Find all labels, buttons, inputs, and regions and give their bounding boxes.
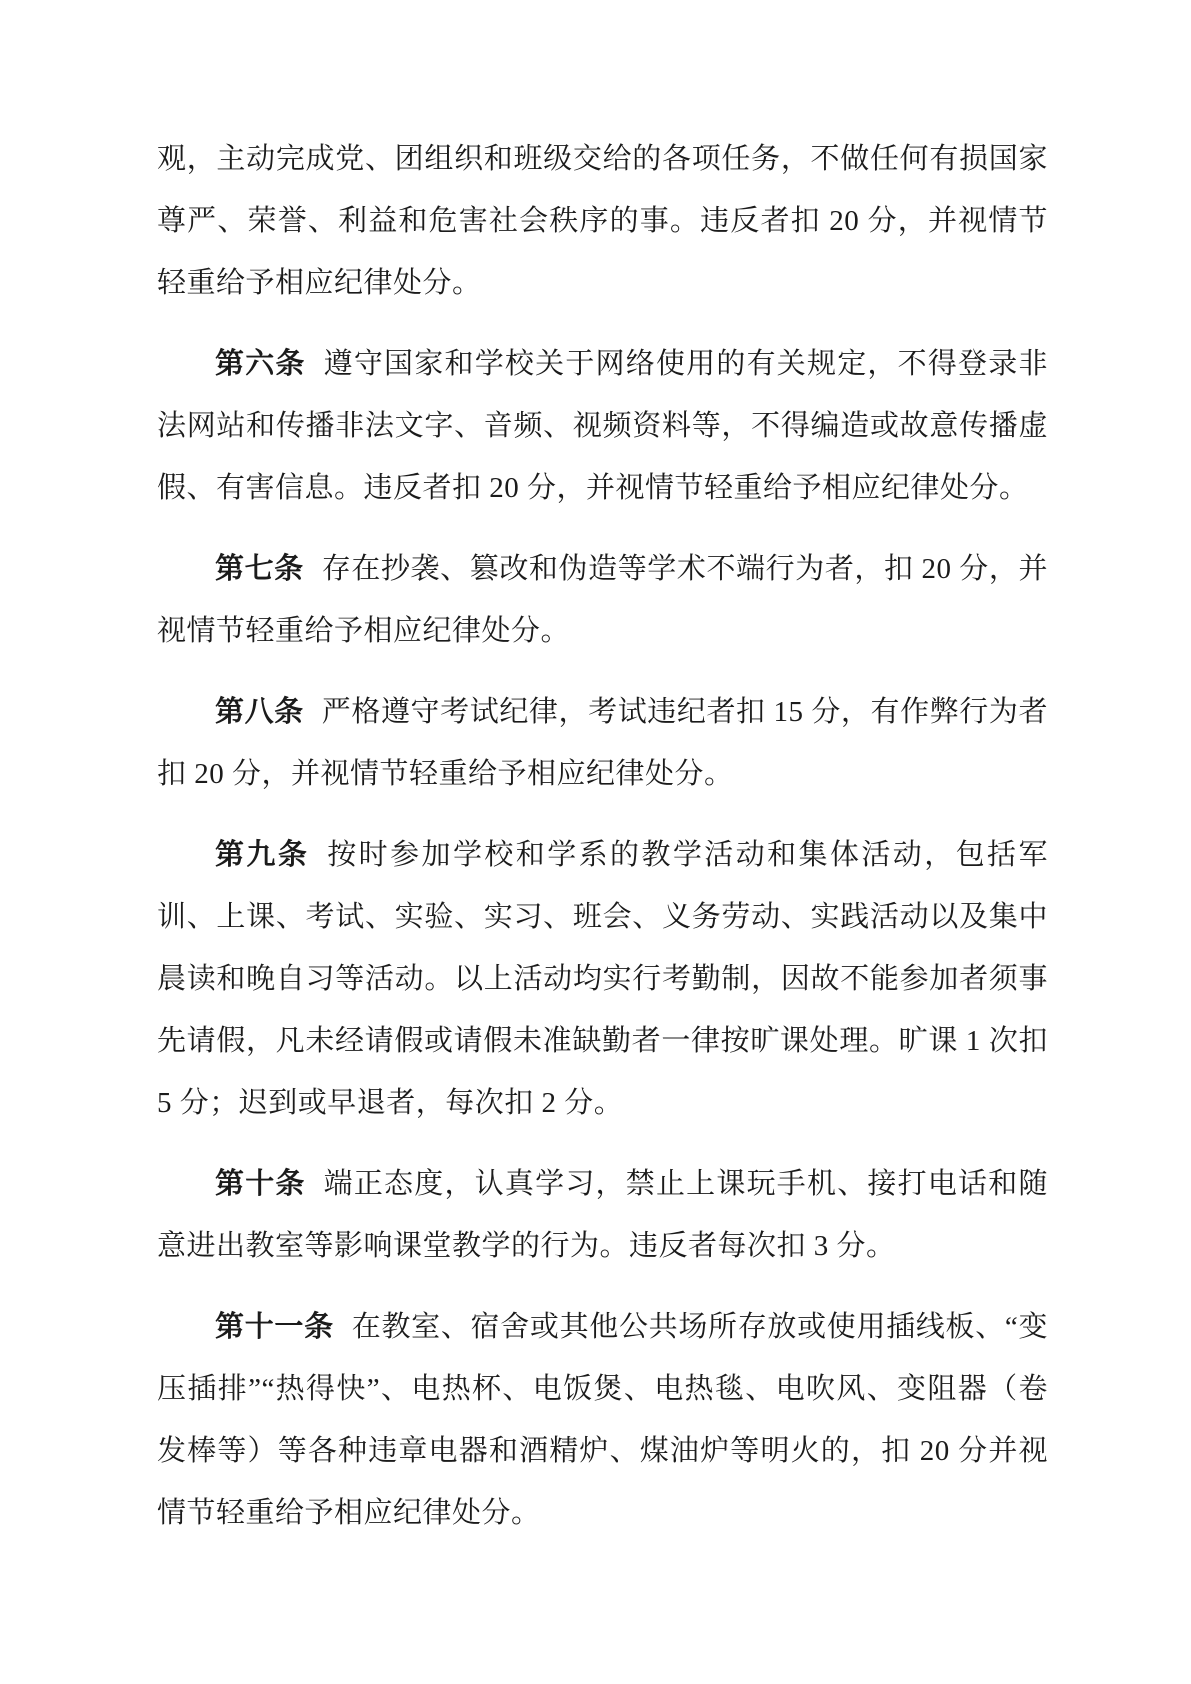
paragraph-article-10: 第十条端正态度，认真学习，禁止上课玩手机、接打电话和随意进出教室等影响课堂教学的…	[157, 1153, 1048, 1277]
paragraph-article-11: 第十一条在教室、宿舍或其他公共场所存放或使用插线板、“变压插排”“热得快”、电热…	[157, 1296, 1048, 1544]
paragraph-continuation: 观，主动完成党、团组织和班级交给的各项任务，不做任何有损国家尊严、荣誉、利益和危…	[157, 128, 1048, 314]
paragraph-article-9: 第九条按时参加学校和学系的教学活动和集体活动，包括军训、上课、考试、实验、实习、…	[157, 824, 1048, 1134]
article-9-number: 第九条	[215, 839, 309, 871]
article-6-number: 第六条	[215, 348, 306, 380]
article-11-number: 第十一条	[215, 1311, 334, 1343]
article-10-number: 第十条	[215, 1168, 306, 1200]
paragraph-article-7: 第七条存在抄袭、篡改和伪造等学术不端行为者，扣 20 分，并视情节轻重给予相应纪…	[157, 538, 1048, 662]
article-7-number: 第七条	[215, 553, 304, 585]
paragraph-article-8: 第八条严格遵守考试纪律，考试违纪者扣 15 分，有作弊行为者扣 20 分，并视情…	[157, 681, 1048, 805]
article-9-text: 按时参加学校和学系的教学活动和集体活动，包括军训、上课、考试、实验、实习、班会、…	[157, 839, 1048, 1119]
article-11-text: 在教室、宿舍或其他公共场所存放或使用插线板、“变压插排”“热得快”、电热杯、电饭…	[157, 1311, 1048, 1529]
paragraph-article-6: 第六条遵守国家和学校关于网络使用的有关规定，不得登录非法网站和传播非法文字、音频…	[157, 333, 1048, 519]
document-page: 观，主动完成党、团组织和班级交给的各项任务，不做任何有损国家尊严、荣誉、利益和危…	[0, 0, 1191, 1684]
paragraph-continuation-text: 观，主动完成党、团组织和班级交给的各项任务，不做任何有损国家尊严、荣誉、利益和危…	[157, 143, 1048, 299]
article-8-number: 第八条	[215, 696, 304, 728]
